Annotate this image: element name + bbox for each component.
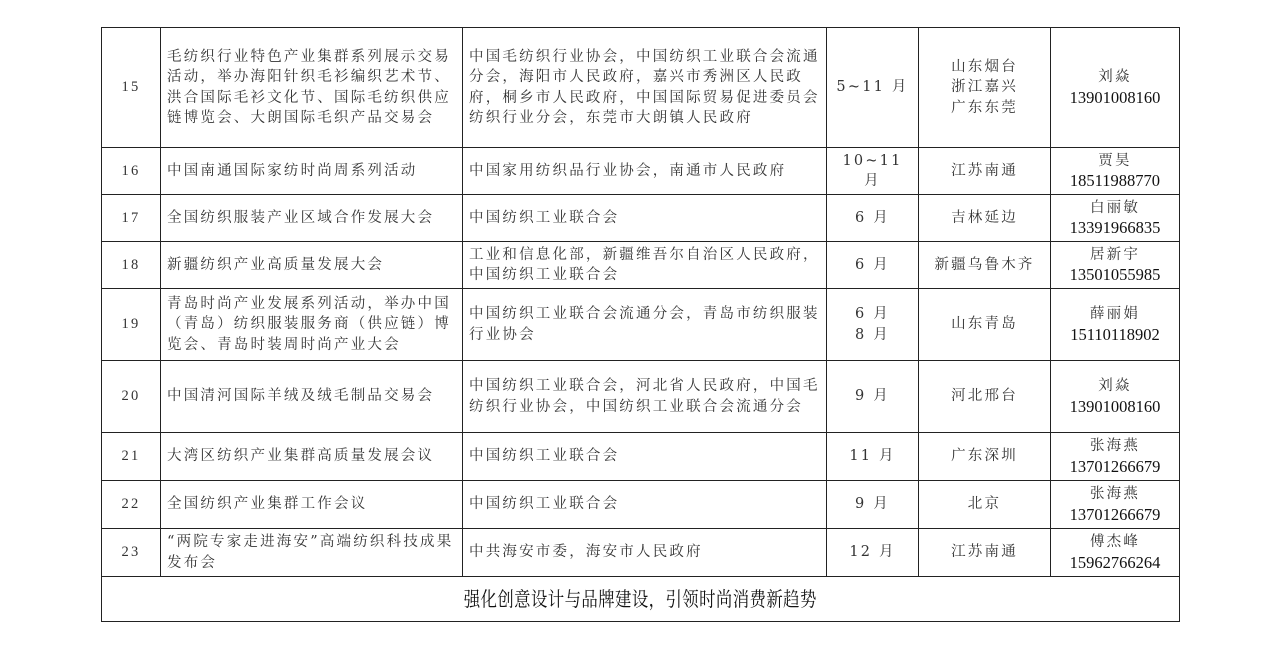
section-heading-cell: 强化创意设计与品牌建设，引领时尚消费新趋势 bbox=[102, 577, 1180, 622]
organizers-cell: 中国家用纺织品行业协会，南通市人民政府 bbox=[463, 148, 827, 195]
place-line: 江苏南通 bbox=[925, 542, 1044, 563]
time-line: 11 月 bbox=[833, 446, 912, 467]
table-row: 21 大湾区纺织产业集群高质量发展会议 中国纺织工业联合会 11 月 广东深圳 … bbox=[102, 433, 1180, 481]
contact-cell: 薛丽娟 15110118902 bbox=[1051, 289, 1180, 361]
place-line: 吉林延边 bbox=[925, 208, 1044, 229]
organizers: 工业和信息化部，新疆维吾尔自治区人民政府，中国纺织工业联合会 bbox=[469, 247, 820, 284]
organizers: 中国毛纺织行业协会，中国纺织工业联合会流通分会，海阳市人民政府，嘉兴市秀洲区人民… bbox=[469, 49, 820, 127]
time-cell: 6 月 bbox=[827, 195, 919, 242]
place-cell: 吉林延边 bbox=[919, 195, 1051, 242]
organizers: 中国纺织工业联合会流通分会，青岛市纺织服装行业协会 bbox=[469, 306, 820, 343]
place-line: 新疆乌鲁木齐 bbox=[925, 255, 1044, 276]
time-cell: 6 月8 月 bbox=[827, 289, 919, 361]
contact-phone: 13391966835 bbox=[1057, 218, 1173, 239]
organizers: 中国纺织工业联合会 bbox=[469, 448, 619, 464]
table-row: 19 青岛时尚产业发展系列活动，举办中国（青岛）纺织服装服务商（供应链）博览会、… bbox=[102, 289, 1180, 361]
row-number: 16 bbox=[102, 148, 161, 195]
event-place: 吉林延边 bbox=[925, 208, 1044, 229]
time-cell: 12 月 bbox=[827, 529, 919, 577]
place-cell: 广东深圳 bbox=[919, 433, 1051, 481]
time-cell: 9 月 bbox=[827, 361, 919, 433]
time-line: 5~11 月 bbox=[833, 77, 912, 98]
table-row: 22 全国纺织产业集群工作会议 中国纺织工业联合会 9 月 北京 张海燕 137… bbox=[102, 481, 1180, 529]
contact-cell: 贾昊 18511988770 bbox=[1051, 148, 1180, 195]
event-place: 河北邢台 bbox=[925, 386, 1044, 407]
time-cell: 9 月 bbox=[827, 481, 919, 529]
event-name: 毛纺织行业特色产业集群系列展示交易活动，举办海阳针织毛衫编织艺术节、洪合国际毛衫… bbox=[167, 49, 451, 127]
time-cell: 11 月 bbox=[827, 433, 919, 481]
place-cell: 山东烟台浙江嘉兴广东东莞 bbox=[919, 28, 1051, 148]
place-cell: 江苏南通 bbox=[919, 529, 1051, 577]
contact-phone: 13901008160 bbox=[1057, 88, 1173, 109]
place-cell: 山东青岛 bbox=[919, 289, 1051, 361]
place-line: 河北邢台 bbox=[925, 386, 1044, 407]
contact-cell: 傅杰峰 15962766264 bbox=[1051, 529, 1180, 577]
place-line: 山东烟台 bbox=[925, 57, 1044, 78]
place-cell: 北京 bbox=[919, 481, 1051, 529]
table-row: 16 中国南通国际家纺时尚周系列活动 中国家用纺织品行业协会，南通市人民政府 1… bbox=[102, 148, 1180, 195]
table-row: 23 “两院专家走进海安”高端纺织科技成果发布会 中共海安市委，海安市人民政府 … bbox=[102, 529, 1180, 577]
event-time: 6 月 bbox=[833, 255, 912, 276]
events-table: 15 毛纺织行业特色产业集群系列展示交易活动，举办海阳针织毛衫编织艺术节、洪合国… bbox=[101, 27, 1180, 622]
organizers-cell: 中国纺织工业联合会 bbox=[463, 481, 827, 529]
contact-phone: 13901008160 bbox=[1057, 397, 1173, 418]
event-name-cell: 中国清河国际羊绒及绒毛制品交易会 bbox=[161, 361, 463, 433]
place-line: 广东东莞 bbox=[925, 98, 1044, 119]
contact-name: 张海燕 bbox=[1057, 436, 1173, 457]
event-place: 江苏南通 bbox=[925, 161, 1044, 182]
event-time: 12 月 bbox=[833, 542, 912, 563]
event-name-cell: 毛纺织行业特色产业集群系列展示交易活动，举办海阳针织毛衫编织艺术节、洪合国际毛衫… bbox=[161, 28, 463, 148]
contact-name: 居新宇 bbox=[1057, 245, 1173, 266]
table-row: 15 毛纺织行业特色产业集群系列展示交易活动，举办海阳针织毛衫编织艺术节、洪合国… bbox=[102, 28, 1180, 148]
event-time: 6 月 bbox=[833, 208, 912, 229]
organizers: 中共海安市委，海安市人民政府 bbox=[469, 544, 703, 560]
event-time: 11 月 bbox=[833, 446, 912, 467]
place-line: 江苏南通 bbox=[925, 161, 1044, 182]
time-cell: 5~11 月 bbox=[827, 28, 919, 148]
row-number: 15 bbox=[102, 28, 161, 148]
event-place: 广东深圳 bbox=[925, 446, 1044, 467]
contact-name: 傅杰峰 bbox=[1057, 532, 1173, 553]
event-time: 6 月8 月 bbox=[833, 304, 912, 345]
place-line: 广东深圳 bbox=[925, 446, 1044, 467]
event-place: 江苏南通 bbox=[925, 542, 1044, 563]
row-number: 22 bbox=[102, 481, 161, 529]
row-number: 17 bbox=[102, 195, 161, 242]
event-time: 5~11 月 bbox=[833, 77, 912, 98]
organizers-cell: 中共海安市委，海安市人民政府 bbox=[463, 529, 827, 577]
time-line: 9 月 bbox=[833, 386, 912, 407]
row-number: 23 bbox=[102, 529, 161, 577]
event-name: 中国南通国际家纺时尚周系列活动 bbox=[167, 163, 418, 179]
contact-cell: 刘焱 13901008160 bbox=[1051, 28, 1180, 148]
event-place: 山东青岛 bbox=[925, 314, 1044, 335]
contact-name: 贾昊 bbox=[1057, 151, 1173, 172]
contact-name: 白丽敏 bbox=[1057, 198, 1173, 219]
table-row: 20 中国清河国际羊绒及绒毛制品交易会 中国纺织工业联合会，河北省人民政府，中国… bbox=[102, 361, 1180, 433]
place-line: 北京 bbox=[925, 494, 1044, 515]
event-name: 青岛时尚产业发展系列活动，举办中国（青岛）纺织服装服务商（供应链）博览会、青岛时… bbox=[167, 296, 451, 353]
row-number: 21 bbox=[102, 433, 161, 481]
contact-cell: 刘焱 13901008160 bbox=[1051, 361, 1180, 433]
place-line: 浙江嘉兴 bbox=[925, 77, 1044, 98]
organizers-cell: 中国纺织工业联合会 bbox=[463, 433, 827, 481]
contact-phone: 13501055985 bbox=[1057, 265, 1173, 286]
place-cell: 江苏南通 bbox=[919, 148, 1051, 195]
contact-name: 薛丽娟 bbox=[1057, 304, 1173, 325]
table-body: 15 毛纺织行业特色产业集群系列展示交易活动，举办海阳针织毛衫编织艺术节、洪合国… bbox=[102, 28, 1180, 577]
contact-cell: 居新宇 13501055985 bbox=[1051, 242, 1180, 289]
event-time: 10~11 月 bbox=[833, 151, 912, 192]
contact-name: 刘焱 bbox=[1057, 67, 1173, 88]
event-name: 新疆纺织产业高质量发展大会 bbox=[167, 257, 384, 273]
contact-cell: 张海燕 13701266679 bbox=[1051, 433, 1180, 481]
place-cell: 河北邢台 bbox=[919, 361, 1051, 433]
contact-cell: 张海燕 13701266679 bbox=[1051, 481, 1180, 529]
organizers-cell: 工业和信息化部，新疆维吾尔自治区人民政府，中国纺织工业联合会 bbox=[463, 242, 827, 289]
event-name-cell: 大湾区纺织产业集群高质量发展会议 bbox=[161, 433, 463, 481]
place-cell: 新疆乌鲁木齐 bbox=[919, 242, 1051, 289]
organizers-cell: 中国纺织工业联合会流通分会，青岛市纺织服装行业协会 bbox=[463, 289, 827, 361]
event-place: 山东烟台浙江嘉兴广东东莞 bbox=[925, 57, 1044, 119]
event-time: 9 月 bbox=[833, 494, 912, 515]
event-name-cell: 中国南通国际家纺时尚周系列活动 bbox=[161, 148, 463, 195]
contact-phone: 13701266679 bbox=[1057, 457, 1173, 478]
contact-phone: 13701266679 bbox=[1057, 505, 1173, 526]
event-name: “两院专家走进海安”高端纺织科技成果发布会 bbox=[167, 534, 453, 571]
time-cell: 10~11 月 bbox=[827, 148, 919, 195]
time-line: 6 月 bbox=[833, 208, 912, 229]
row-number: 19 bbox=[102, 289, 161, 361]
organizers-cell: 中国纺织工业联合会，河北省人民政府，中国毛纺织行业协会，中国纺织工业联合会流通分… bbox=[463, 361, 827, 433]
organizers: 中国家用纺织品行业协会，南通市人民政府 bbox=[469, 163, 786, 179]
table-row: 17 全国纺织服装产业区域合作发展大会 中国纺织工业联合会 6 月 吉林延边 白… bbox=[102, 195, 1180, 242]
event-name-cell: 青岛时尚产业发展系列活动，举办中国（青岛）纺织服装服务商（供应链）博览会、青岛时… bbox=[161, 289, 463, 361]
event-name-cell: 全国纺织产业集群工作会议 bbox=[161, 481, 463, 529]
organizers: 中国纺织工业联合会，河北省人民政府，中国毛纺织行业协会，中国纺织工业联合会流通分… bbox=[469, 378, 820, 415]
time-line: 8 月 bbox=[833, 325, 912, 346]
place-line: 山东青岛 bbox=[925, 314, 1044, 335]
contact-phone: 15962766264 bbox=[1057, 553, 1173, 574]
time-line: 9 月 bbox=[833, 494, 912, 515]
section-heading: 强化创意设计与品牌建设，引领时尚消费新趋势 bbox=[464, 589, 817, 610]
row-number: 18 bbox=[102, 242, 161, 289]
event-place: 新疆乌鲁木齐 bbox=[925, 255, 1044, 276]
organizers: 中国纺织工业联合会 bbox=[469, 496, 619, 512]
event-name-cell: 新疆纺织产业高质量发展大会 bbox=[161, 242, 463, 289]
contact-name: 刘焱 bbox=[1057, 376, 1173, 397]
time-line: 12 月 bbox=[833, 542, 912, 563]
table-row: 18 新疆纺织产业高质量发展大会 工业和信息化部，新疆维吾尔自治区人民政府，中国… bbox=[102, 242, 1180, 289]
contact-phone: 18511988770 bbox=[1057, 171, 1173, 192]
time-cell: 6 月 bbox=[827, 242, 919, 289]
contact-cell: 白丽敏 13391966835 bbox=[1051, 195, 1180, 242]
time-line: 10~11 月 bbox=[833, 151, 912, 192]
event-name: 全国纺织服装产业区域合作发展大会 bbox=[167, 210, 434, 226]
event-time: 9 月 bbox=[833, 386, 912, 407]
row-number: 20 bbox=[102, 361, 161, 433]
organizers-cell: 中国纺织工业联合会 bbox=[463, 195, 827, 242]
section-heading-row: 强化创意设计与品牌建设，引领时尚消费新趋势 bbox=[102, 577, 1180, 622]
organizers: 中国纺织工业联合会 bbox=[469, 210, 619, 226]
time-line: 6 月 bbox=[833, 255, 912, 276]
contact-phone: 15110118902 bbox=[1057, 325, 1173, 346]
event-place: 北京 bbox=[925, 494, 1044, 515]
event-name: 大湾区纺织产业集群高质量发展会议 bbox=[167, 448, 434, 464]
organizers-cell: 中国毛纺织行业协会，中国纺织工业联合会流通分会，海阳市人民政府，嘉兴市秀洲区人民… bbox=[463, 28, 827, 148]
event-name-cell: “两院专家走进海安”高端纺织科技成果发布会 bbox=[161, 529, 463, 577]
event-name: 全国纺织产业集群工作会议 bbox=[167, 496, 367, 512]
time-line: 6 月 bbox=[833, 304, 912, 325]
contact-name: 张海燕 bbox=[1057, 484, 1173, 505]
event-name: 中国清河国际羊绒及绒毛制品交易会 bbox=[167, 388, 434, 404]
event-name-cell: 全国纺织服装产业区域合作发展大会 bbox=[161, 195, 463, 242]
